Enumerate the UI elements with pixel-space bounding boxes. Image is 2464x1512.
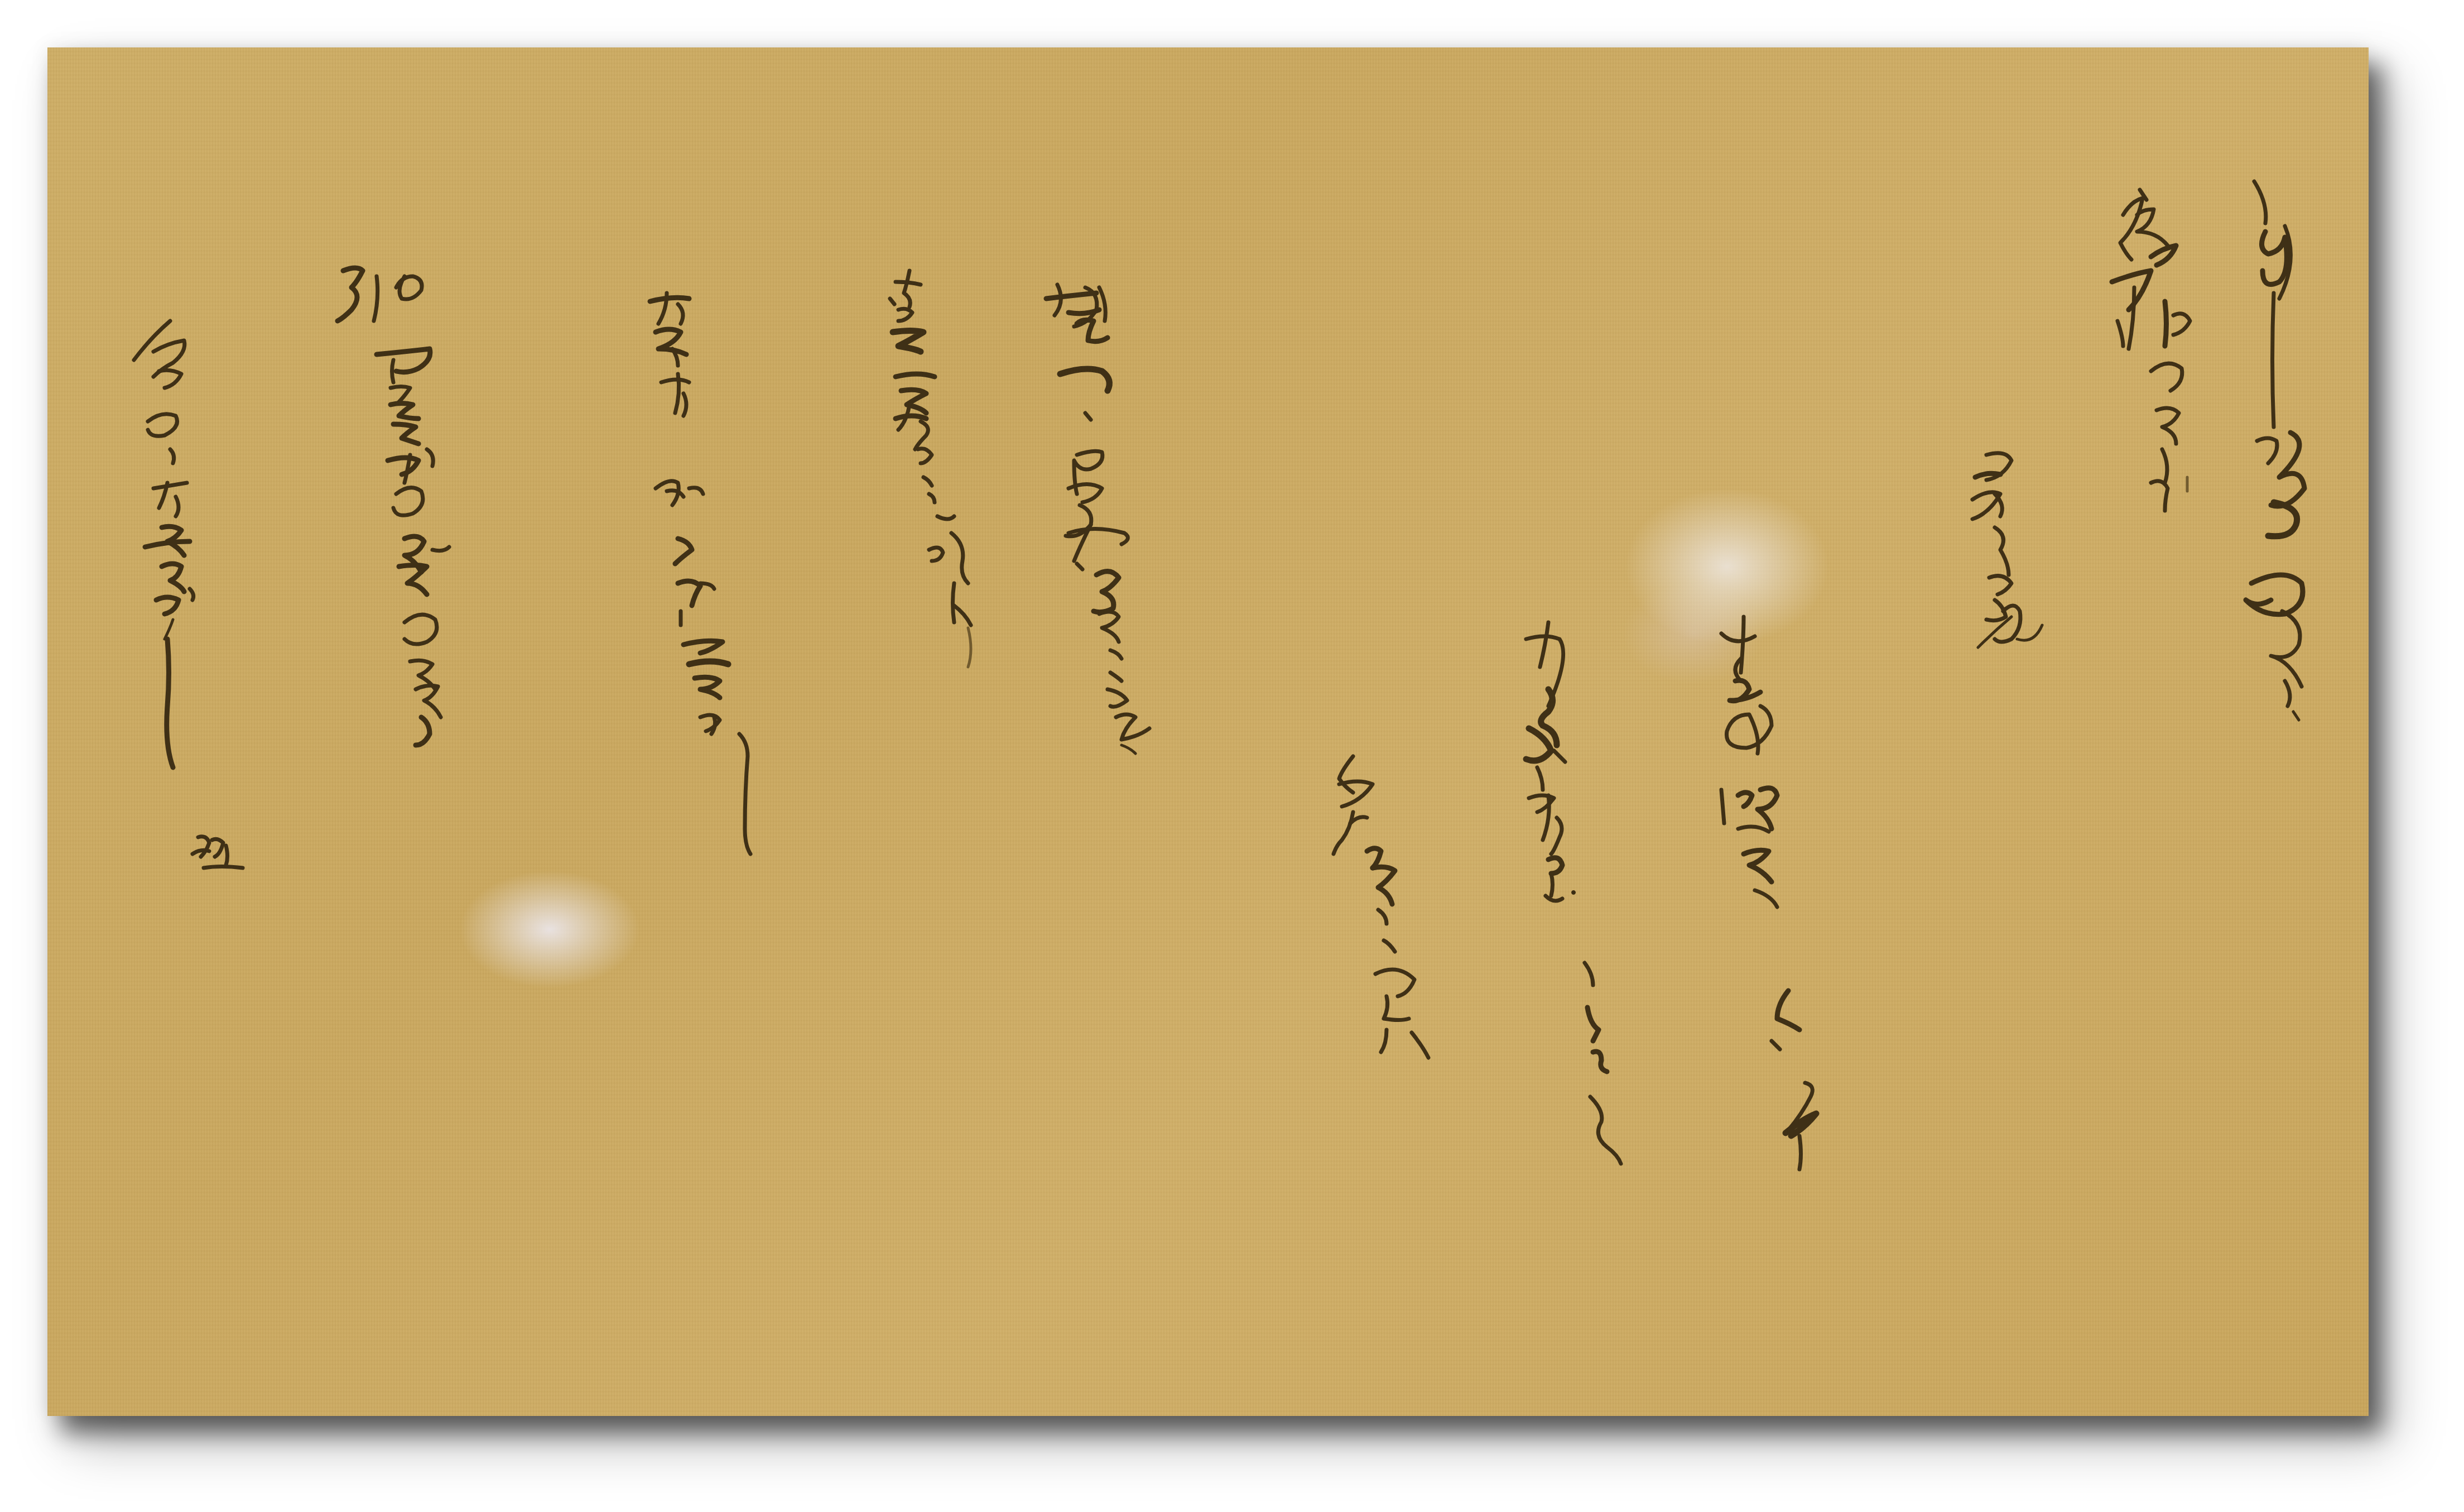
column-6 <box>1334 756 1428 1058</box>
column-11 <box>134 321 194 767</box>
column-10 <box>338 268 449 745</box>
signature-mark <box>192 837 243 868</box>
column-2 <box>2112 190 2190 511</box>
column-4 <box>1721 617 1816 1169</box>
calligraphy-ink <box>47 47 2369 1416</box>
column-5 <box>1526 622 1621 1164</box>
column-3 <box>1972 453 2042 647</box>
column-9 <box>650 293 750 854</box>
column-1 <box>2246 181 2304 720</box>
column-8 <box>890 271 971 667</box>
column-7 <box>1046 285 1149 753</box>
calligraphy-sheet: Handwritten poem in vertical cursive Jap… <box>47 47 2369 1416</box>
